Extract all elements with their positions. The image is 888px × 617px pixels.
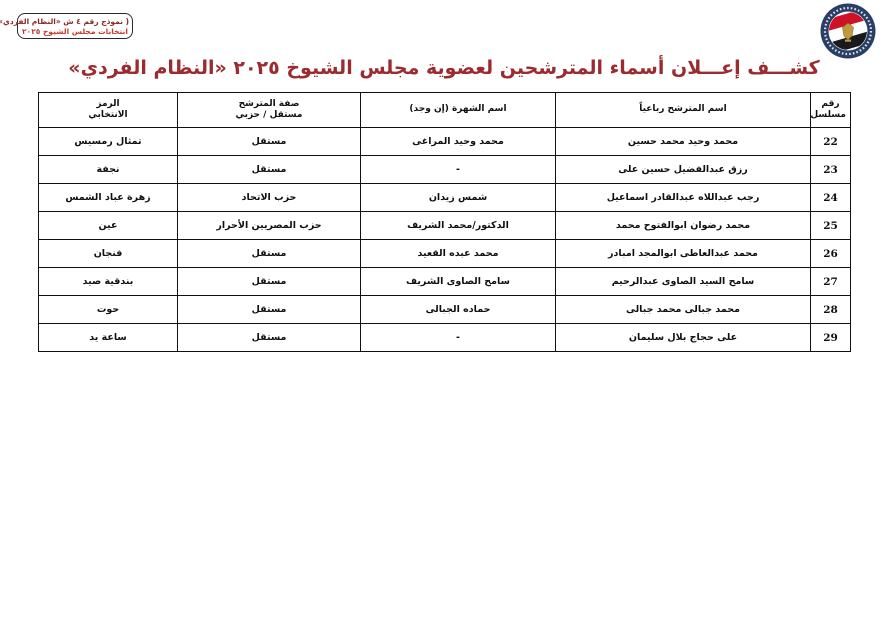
cell-candidate-name: محمد رضوان ابوالفتوح محمد xyxy=(556,212,811,240)
cell-serial: 22 xyxy=(811,128,851,156)
candidates-table: رقم مسلسل اسم المترشح رباعياً اسم الشهرة… xyxy=(38,92,851,352)
table-row: 29 على حجاج بلال سليمان - مستقل ساعة يد xyxy=(39,324,851,352)
col-header-serial: رقم مسلسل xyxy=(811,93,851,128)
candidates-table-wrap: رقم مسلسل اسم المترشح رباعياً اسم الشهرة… xyxy=(38,92,850,352)
cell-fame-name: - xyxy=(361,324,556,352)
cell-serial: 24 xyxy=(811,184,851,212)
form-number-line: ( نموذج رقم ٤ ش «النظام الفردي» ) xyxy=(21,17,129,27)
cell-fame-name: الدكتور/محمد الشريف xyxy=(361,212,556,240)
cell-electoral-symbol: فنجان xyxy=(39,240,178,268)
elections-authority-emblem-icon xyxy=(820,3,876,59)
cell-status: مستقل xyxy=(178,324,361,352)
cell-serial: 27 xyxy=(811,268,851,296)
cell-electoral-symbol: حوت xyxy=(39,296,178,324)
cell-serial: 26 xyxy=(811,240,851,268)
table-row: 23 رزق عبدالفضيل حسين على - مستقل نجفة xyxy=(39,156,851,184)
cell-fame-name: شمس زيدان xyxy=(361,184,556,212)
cell-status: مستقل xyxy=(178,156,361,184)
cell-candidate-name: سامح السيد الصاوى عبدالرحيم xyxy=(556,268,811,296)
table-header-row: رقم مسلسل اسم المترشح رباعياً اسم الشهرة… xyxy=(39,93,851,128)
table-row: 22 محمد وحيد محمد حسين محمد وحيد المراغى… xyxy=(39,128,851,156)
cell-electoral-symbol: زهرة عباد الشمس xyxy=(39,184,178,212)
cell-candidate-name: محمد عبدالعاطى ابوالمجد امبادر xyxy=(556,240,811,268)
cell-candidate-name: محمد وحيد محمد حسين xyxy=(556,128,811,156)
col-header-candidate-name: اسم المترشح رباعياً xyxy=(556,93,811,128)
cell-status: حزب المصريين الأحرار xyxy=(178,212,361,240)
election-year-line: انتخابات مجلس الشيوخ ٢٠٢٥ xyxy=(21,27,129,37)
cell-status: مستقل xyxy=(178,296,361,324)
table-row: 25 محمد رضوان ابوالفتوح محمد الدكتور/محم… xyxy=(39,212,851,240)
cell-serial: 29 xyxy=(811,324,851,352)
col-header-electoral-symbol: الرمز الانتخابي xyxy=(39,93,178,128)
cell-fame-name: حماده الجبالى xyxy=(361,296,556,324)
page-title: كشـــف إعـــلان أسماء المترشحين لعضوية م… xyxy=(38,57,850,79)
cell-serial: 28 xyxy=(811,296,851,324)
table-row: 27 سامح السيد الصاوى عبدالرحيم سامح الصا… xyxy=(39,268,851,296)
cell-fame-name: محمد عبده القعيد xyxy=(361,240,556,268)
cell-fame-name: محمد وحيد المراغى xyxy=(361,128,556,156)
cell-electoral-symbol: ساعة يد xyxy=(39,324,178,352)
cell-serial: 23 xyxy=(811,156,851,184)
cell-serial: 25 xyxy=(811,212,851,240)
col-header-fame-name: اسم الشهرة (إن وجد) xyxy=(361,93,556,128)
cell-status: حزب الاتحاد xyxy=(178,184,361,212)
table-body: 22 محمد وحيد محمد حسين محمد وحيد المراغى… xyxy=(39,128,851,352)
form-number-box: ( نموذج رقم ٤ ش «النظام الفردي» ) انتخاب… xyxy=(17,13,133,39)
cell-candidate-name: محمد جبالى محمد جبالى xyxy=(556,296,811,324)
cell-candidate-name: رجب عبداللاه عبدالقادر اسماعيل xyxy=(556,184,811,212)
cell-status: مستقل xyxy=(178,268,361,296)
table-row: 26 محمد عبدالعاطى ابوالمجد امبادر محمد ع… xyxy=(39,240,851,268)
cell-electoral-symbol: بندقية صيد xyxy=(39,268,178,296)
cell-status: مستقل xyxy=(178,240,361,268)
cell-status: مستقل xyxy=(178,128,361,156)
cell-fame-name: - xyxy=(361,156,556,184)
table-row: 28 محمد جبالى محمد جبالى حماده الجبالى م… xyxy=(39,296,851,324)
col-header-status: صفة المترشح مستقل / حزبي xyxy=(178,93,361,128)
document-page: ( نموذج رقم ٤ ش «النظام الفردي» ) انتخاب… xyxy=(0,0,888,617)
table-row: 24 رجب عبداللاه عبدالقادر اسماعيل شمس زي… xyxy=(39,184,851,212)
cell-electoral-symbol: عين xyxy=(39,212,178,240)
cell-candidate-name: على حجاج بلال سليمان xyxy=(556,324,811,352)
cell-candidate-name: رزق عبدالفضيل حسين على xyxy=(556,156,811,184)
cell-electoral-symbol: نجفة xyxy=(39,156,178,184)
cell-fame-name: سامح الصاوى الشريف xyxy=(361,268,556,296)
cell-electoral-symbol: تمثال رمسيس xyxy=(39,128,178,156)
